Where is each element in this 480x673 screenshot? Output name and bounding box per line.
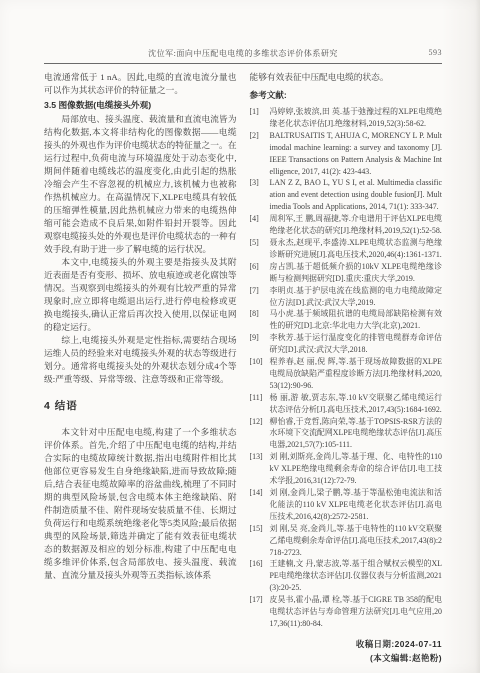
reference-text: LAN Z Z, BAO L, YU S I, et al. Multimedi… bbox=[270, 177, 443, 213]
reference-item: [14]刘 刚,金尚儿,梁子鹏,等.基于等温松弛电流法和活化能法的110 kV … bbox=[250, 487, 443, 523]
running-head: 沈位军:面向中压配电电缆的多维状态评价体系研究 593 bbox=[44, 48, 442, 62]
reference-text: 刘 刚,刘斯亮,金尚儿,等.基于理、化、电特性的110kV XLPE绝缘电缆剩余… bbox=[270, 451, 443, 487]
page-number: 593 bbox=[429, 48, 443, 57]
reference-marker: [14] bbox=[250, 487, 270, 523]
reference-marker: [8] bbox=[250, 308, 270, 332]
reference-marker: [17] bbox=[250, 594, 270, 630]
reference-text: 皮昊书,霍小晶,谭 栓,等.基于CIGRE TB 358的配电电缆状态评估与寿命… bbox=[270, 594, 443, 630]
subsection-heading-3-5: 3.5 图像数据(电缆接头外观) bbox=[44, 99, 237, 112]
reference-text: 冯婷婷,张坡滨,田 英.基于弛豫过程的XLPE电缆绝缘老化状态评估[J].绝缘材… bbox=[270, 106, 443, 130]
paragraph-continuation: 电流通常低于 1 nA。因此,电缆的直流电流分量也可以作为其状态评价的特征量之一… bbox=[44, 71, 237, 97]
section-heading-conclusion: 4 结语 bbox=[44, 400, 237, 413]
reference-item: [10]程养春,赵 丽,倪 辉,等.基于现场故障数据的XLPE电缆局放缺陷严重程… bbox=[250, 356, 443, 392]
reference-item: [13]刘 刚,刘斯亮,金尚儿,等.基于理、化、电特性的110kV XLPE绝缘… bbox=[250, 451, 443, 487]
right-column: 能够有效表征中压配电电缆的状态。 参考文献: [1]冯婷婷,张坡滨,田 英.基于… bbox=[250, 71, 443, 649]
reference-text: 刘 刚,金尚儿,梁子鹏,等.基于等温松弛电流法和活化能法的110 kV XLPE… bbox=[270, 487, 443, 523]
reference-text: 柳怡睿,于竞哲,陈向荣,等.基于TOPSIS-RSR方法的水环境下交流配网XLP… bbox=[270, 416, 443, 452]
reference-marker: [16] bbox=[250, 558, 270, 594]
reference-marker: [12] bbox=[250, 416, 270, 452]
reference-marker: [11] bbox=[250, 392, 270, 416]
reference-marker: [4] bbox=[250, 213, 270, 237]
running-title: 沈位军:面向中压配电电缆的多维状态评价体系研究 bbox=[44, 48, 442, 59]
reference-marker: [10] bbox=[250, 356, 270, 392]
reference-list: [1]冯婷婷,张坡滨,田 英.基于弛豫过程的XLPE电缆绝缘老化状态评估[J].… bbox=[250, 106, 443, 630]
reference-text: BALTRUSAITIS T, AHUJA C, MORENCY L P. Mu… bbox=[270, 130, 443, 178]
reference-item: [1]冯婷婷,张坡滨,田 英.基于弛豫过程的XLPE电缆绝缘老化状态评估[J].… bbox=[250, 106, 443, 130]
reference-marker: [2] bbox=[250, 130, 270, 178]
reference-text: 李明贞.基于护层电流在线监测的电力电缆故障定位方法[D].武汉:武汉大学,201… bbox=[270, 285, 443, 309]
paragraph-continuation: 能够有效表征中压配电电缆的状态。 bbox=[250, 71, 443, 84]
reference-item: [16]王建楠,文 丹,蒙志波,等.基于组合赋权云模型的XLPE电缆绝缘状态评估… bbox=[250, 558, 443, 594]
paragraph: 本文针对中压配电电缆,构建了一个多维状态评价体系。首先,介绍了中压配电电缆的结构… bbox=[44, 426, 237, 582]
reference-text: 杨 丽,游 敏,贾志东,等.10 kV交联聚乙烯电缆运行状态评估分析[J].高电… bbox=[270, 392, 443, 416]
reference-marker: [15] bbox=[250, 523, 270, 559]
reference-text: 刘 刚,吴 亮,金尚儿,等.基于电特性的110 kV交联聚乙烯电缆剩余寿命评估[… bbox=[270, 523, 443, 559]
header-rule bbox=[44, 63, 442, 64]
reference-text: 王建楠,文 丹,蒙志波,等.基于组合赋权云模型的XLPE电缆绝缘状态评估[J].… bbox=[270, 558, 443, 594]
reference-item: [11]杨 丽,游 敏,贾志东,等.10 kV交联聚乙烯电缆运行状态评估分析[J… bbox=[250, 392, 443, 416]
reference-marker: [1] bbox=[250, 106, 270, 130]
reference-item: [9]李秋芳.基于运行温度变化的排管电缆群寿命评估研究[D].武汉:武汉大学,2… bbox=[250, 332, 443, 356]
reference-item: [5]聂永杰,赵现平,李盛涛.XLPE电缆状态监测与绝缘诊断研究进展[J].高电… bbox=[250, 237, 443, 261]
paragraph: 局部放电、接头温度、载流量和直流电流皆为结构化数据,本文将非结构化的图像数据——… bbox=[44, 113, 237, 256]
paragraph: 本文中,电缆接头的外观主要是指接头及其附近表面是否有变形、损坏、放电痕迹或老化腐… bbox=[44, 256, 237, 334]
received-date: 收稿日期:2024-07-11 bbox=[250, 637, 443, 651]
reference-marker: [9] bbox=[250, 332, 270, 356]
reference-item: [4]周利军,王 鹏,周福捷,等.介电谱用于评估XLPE电缆绝缘老化状态的研究[… bbox=[250, 213, 443, 237]
paragraph: 综上,电缆接头外观是定性指标,需要结合现场运维人员的经验来对电缆接头外观的状态等… bbox=[44, 334, 237, 386]
reference-item: [17]皮昊书,霍小晶,谭 栓,等.基于CIGRE TB 358的配电电缆状态评… bbox=[250, 594, 443, 630]
reference-marker: [13] bbox=[250, 451, 270, 487]
reference-marker: [7] bbox=[250, 285, 270, 309]
reference-item: [7]李明贞.基于护层电流在线监测的电力电缆故障定位方法[D].武汉:武汉大学,… bbox=[250, 285, 443, 309]
reference-item: [3]LAN Z Z, BAO L, YU S I, et al. Multim… bbox=[250, 177, 443, 213]
reference-item: [2]BALTRUSAITIS T, AHUJA C, MORENCY L P.… bbox=[250, 130, 443, 178]
reference-item: [12]柳怡睿,于竞哲,陈向荣,等.基于TOPSIS-RSR方法的水环境下交流配… bbox=[250, 416, 443, 452]
reference-text: 马小虎.基于频域阻抗谱的电缆局部缺陷检测有效性的研究[D].北京:华北电力大学(… bbox=[270, 308, 443, 332]
reference-text: 周利军,王 鹏,周福捷,等.介电谱用于评估XLPE电缆绝缘老化状态的研究[J].… bbox=[270, 213, 443, 237]
paper-page: 沈位军:面向中压配电电缆的多维状态评价体系研究 593 电流通常低于 1 nA。… bbox=[0, 0, 480, 673]
reference-item: [6]房占凯.基于超低频介损的10kV XLPE电缆绝缘诊断与检测判据研究[D]… bbox=[250, 261, 443, 285]
reference-text: 李秋芳.基于运行温度变化的排管电缆群寿命评估研究[D].武汉:武汉大学,2018… bbox=[270, 332, 443, 356]
reference-text: 聂永杰,赵现平,李盛涛.XLPE电缆状态监测与绝缘诊断研究进展[J].高电压技术… bbox=[270, 237, 443, 261]
reference-item: [15]刘 刚,吴 亮,金尚儿,等.基于电特性的110 kV交联聚乙烯电缆剩余寿… bbox=[250, 523, 443, 559]
two-column-body: 电流通常低于 1 nA。因此,电缆的直流电流分量也可以作为其状态评价的特征量之一… bbox=[44, 71, 442, 649]
reference-marker: [3] bbox=[250, 177, 270, 213]
reference-marker: [6] bbox=[250, 261, 270, 285]
references-heading: 参考文献: bbox=[250, 89, 443, 102]
reference-text: 程养春,赵 丽,倪 辉,等.基于现场故障数据的XLPE电缆局放缺陷严重程度诊断方… bbox=[270, 356, 443, 392]
left-column: 电流通常低于 1 nA。因此,电缆的直流电流分量也可以作为其状态评价的特征量之一… bbox=[44, 71, 237, 649]
reference-text: 房占凯.基于超低频介损的10kV XLPE电缆绝缘诊断与检测判据研究[D].重庆… bbox=[270, 261, 443, 285]
editor-note: (本文编辑:赵艳粉) bbox=[250, 651, 443, 665]
reference-marker: [5] bbox=[250, 237, 270, 261]
reference-item: [8]马小虎.基于频域阻抗谱的电缆局部缺陷检测有效性的研究[D].北京:华北电力… bbox=[250, 308, 443, 332]
manuscript-footer: 收稿日期:2024-07-11 (本文编辑:赵艳粉) bbox=[250, 637, 443, 665]
